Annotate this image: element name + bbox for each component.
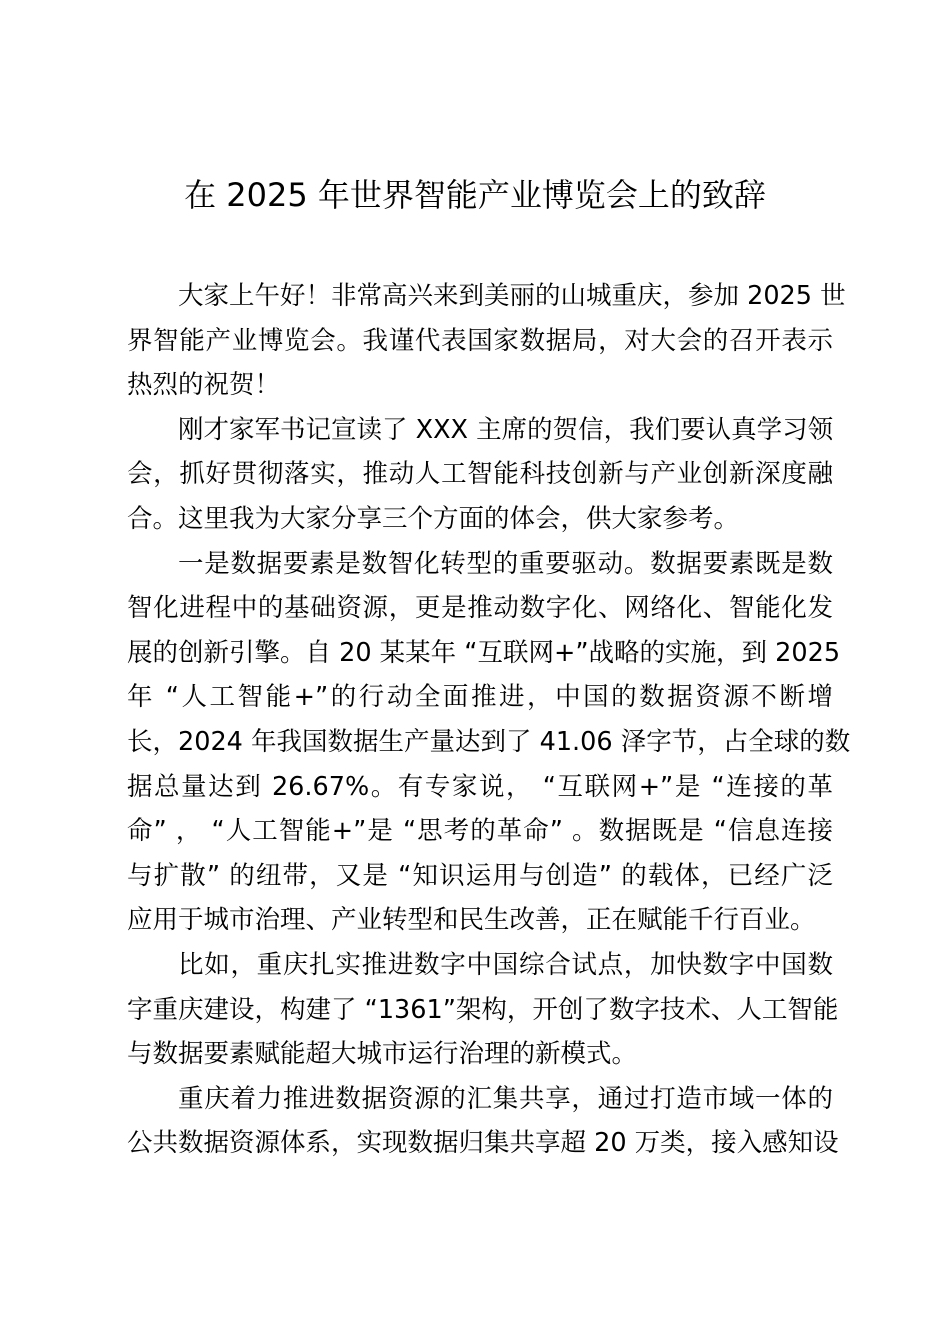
paragraph-3-line-2: 智化进程中的基础资源，更是推动数字化、网络化、智能化发 — [127, 586, 833, 631]
text-line: 字重庆建设，构建了 “1361”架构，开创了数字技术、人工智能 — [127, 988, 833, 1033]
text-line: 热烈的祝贺！ — [127, 363, 833, 408]
paragraph-1-line-2: 界智能产业博览会。我谨代表国家数据局，对大会的召开表示 — [127, 319, 833, 364]
paragraph-4-line-1: 比如，重庆扎实推进数字中国综合试点，加快数字中国数 — [127, 943, 833, 988]
text-line: 与数据要素赋能超大城市运行治理的新模式。 — [127, 1032, 833, 1077]
paragraph-2-line-3: 合。这里我为大家分享三个方面的体会，供大家参考。 — [127, 497, 833, 542]
paragraph-5-line-2: 公共数据资源体系，实现数据归集共享超 20 万类，接入感知设 — [127, 1121, 833, 1166]
text-line: 比如，重庆扎实推进数字中国综合试点，加快数字中国数 — [178, 943, 833, 988]
text-line: 长，2024 年我国数据生产量达到了 41.06 泽字节，占全球的数 — [127, 720, 833, 765]
document-body: 大家上午好！非常高兴来到美丽的山城重庆，参加 2025 世 界智能产业博览会。我… — [127, 274, 833, 1166]
paragraph-3-line-3: 展的创新引擎。自 20 某某年 “互联网+”战略的实施，到 2025 — [127, 631, 833, 676]
paragraph-3-line-7: 命” ， “人工智能+”是 “思考的革命” 。数据既是 “信息连接 — [127, 809, 833, 854]
text-line: 刚才家军书记宣读了 XXX 主席的贺信，我们要认真学习领 — [178, 408, 833, 453]
text-line: 界智能产业博览会。我谨代表国家数据局，对大会的召开表示 — [127, 319, 833, 364]
paragraph-1-line-1: 大家上午好！非常高兴来到美丽的山城重庆，参加 2025 世 — [127, 274, 833, 319]
paragraph-5-line-1: 重庆着力推进数据资源的汇集共享，通过打造市域一体的 — [127, 1077, 833, 1122]
paragraph-3-line-8: 与扩散” 的纽带，又是 “知识运用与创造” 的载体，已经广泛 — [127, 854, 833, 899]
text-line: 据总量达到 26.67%。有专家说， “互联网+”是 “连接的革 — [127, 765, 833, 810]
text-line: 与扩散” 的纽带，又是 “知识运用与创造” 的载体，已经广泛 — [127, 854, 833, 899]
paragraph-3-line-1: 一是数据要素是数智化转型的重要驱动。数据要素既是数 — [127, 542, 833, 587]
paragraph-4-line-3: 与数据要素赋能超大城市运行治理的新模式。 — [127, 1032, 833, 1077]
text-line: 重庆着力推进数据资源的汇集共享，通过打造市域一体的 — [178, 1077, 833, 1122]
text-line: 合。这里我为大家分享三个方面的体会，供大家参考。 — [127, 497, 833, 542]
text-line: 展的创新引擎。自 20 某某年 “互联网+”战略的实施，到 2025 — [127, 631, 833, 676]
paragraph-3-line-9: 应用于城市治理、产业转型和民生改善，正在赋能千行百业。 — [127, 898, 833, 943]
paragraph-3-line-4: 年 “人工智能+”的行动全面推进，中国的数据资源不断增 — [127, 675, 833, 720]
text-line: 命” ， “人工智能+”是 “思考的革命” 。数据既是 “信息连接 — [127, 809, 833, 854]
document-page: 在 2025 年世界智能产业博览会上的致辞 大家上午好！非常高兴来到美丽的山城重… — [0, 0, 950, 1344]
paragraph-2-line-1: 刚才家军书记宣读了 XXX 主席的贺信，我们要认真学习领 — [127, 408, 833, 453]
paragraph-3-line-5: 长，2024 年我国数据生产量达到了 41.06 泽字节，占全球的数 — [127, 720, 833, 765]
text-line: 会，抓好贯彻落实，推动人工智能科技创新与产业创新深度融 — [127, 452, 833, 497]
paragraph-1-line-3: 热烈的祝贺！ — [127, 363, 833, 408]
text-line: 大家上午好！非常高兴来到美丽的山城重庆，参加 2025 世 — [178, 274, 833, 319]
text-line: 年 “人工智能+”的行动全面推进，中国的数据资源不断增 — [127, 675, 833, 720]
text-line: 一是数据要素是数智化转型的重要驱动。数据要素既是数 — [178, 542, 833, 587]
text-line: 公共数据资源体系，实现数据归集共享超 20 万类，接入感知设 — [127, 1121, 833, 1166]
document-title: 在 2025 年世界智能产业博览会上的致辞 — [0, 172, 950, 218]
paragraph-2-line-2: 会，抓好贯彻落实，推动人工智能科技创新与产业创新深度融 — [127, 452, 833, 497]
text-line: 应用于城市治理、产业转型和民生改善，正在赋能千行百业。 — [127, 898, 833, 943]
text-line: 智化进程中的基础资源，更是推动数字化、网络化、智能化发 — [127, 586, 833, 631]
paragraph-4-line-2: 字重庆建设，构建了 “1361”架构，开创了数字技术、人工智能 — [127, 988, 833, 1033]
paragraph-3-line-6: 据总量达到 26.67%。有专家说， “互联网+”是 “连接的革 — [127, 765, 833, 810]
